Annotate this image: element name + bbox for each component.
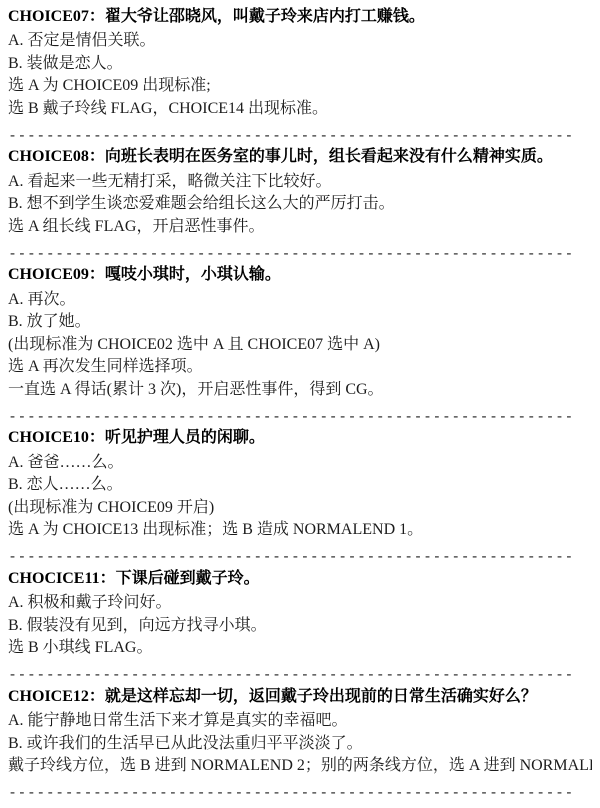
dashed-divider: ----------------------------------------… <box>8 242 592 264</box>
outcome-note: 戴子玲线方位，选 B 进到 NORMALEND 2；别的两条线方位，选 A 进到… <box>8 755 592 777</box>
section-heading: CHOICE07：翟大爷让邵晓风，叫戴子玲来店内打工赚钱。 <box>8 6 592 28</box>
choice09-section: CHOICE09：嘎吱小琪时，小琪认输。 A. 再次。 B. 放了她。 (出现标… <box>8 264 592 427</box>
option-a: A. 爸爸……么。 <box>8 452 592 474</box>
section-heading: CHOICE08：向班长表明在医务室的事儿时，组长看起来没有什么精神实质。 <box>8 146 592 168</box>
option-a: A. 能宁静地日常生活下来才算是真实的幸福吧。 <box>8 710 592 732</box>
choice10-section: CHOICE10：听见护理人员的闲聊。 A. 爸爸……么。 B. 恋人……么。 … <box>8 427 592 567</box>
section-heading: CHOICE09：嘎吱小琪时，小琪认输。 <box>8 264 592 286</box>
option-b: B. 或许我们的生活早已从此没法重归平平淡淡了。 <box>8 733 592 755</box>
option-b: B. 放了她。 <box>8 311 592 333</box>
outcome-note: 选 B 戴子玲线 FLAG，CHOICE14 出现标准。 <box>8 98 592 120</box>
dashed-divider: ----------------------------------------… <box>8 124 592 146</box>
outcome-note: 选 A 再次发生同样选择项。 <box>8 356 592 378</box>
option-a: A. 再次。 <box>8 289 592 311</box>
option-a: A. 看起来一些无精打采，略微关注下比较好。 <box>8 171 592 193</box>
option-a: A. 积极和戴子玲问好。 <box>8 592 592 614</box>
choice12-section: CHOICE12：就是这样忘却一切，返回戴子玲出现前的日常生活确实好么？ A. … <box>8 686 592 804</box>
dashed-divider: ----------------------------------------… <box>8 663 592 685</box>
option-b: B. 装做是恋人。 <box>8 53 592 75</box>
outcome-note: 选 A 组长线 FLAG，开启恶性事件。 <box>8 216 592 238</box>
choice07-section: CHOICE07：翟大爷让邵晓风，叫戴子玲来店内打工赚钱。 A. 否定是情侣关联… <box>8 6 592 146</box>
dashed-divider: ----------------------------------------… <box>8 545 592 567</box>
outcome-note: 选 A 为 CHOICE13 出现标准；选 B 造成 NORMALEND 1。 <box>8 519 592 541</box>
option-a: A. 否定是情侣关联。 <box>8 30 592 52</box>
option-b: B. 想不到学生谈恋爱难题会给组长这么大的严厉打击。 <box>8 193 592 215</box>
section-heading: CHOICE10：听见护理人员的闲聊。 <box>8 427 592 449</box>
chocice11-section: CHOCICE11：下课后碰到戴子玲。 A. 积极和戴子玲问好。 B. 假装没有… <box>8 568 592 686</box>
section-heading: CHOICE12：就是这样忘却一切，返回戴子玲出现前的日常生活确实好么？ <box>8 686 592 708</box>
dashed-divider: ----------------------------------------… <box>8 781 592 803</box>
outcome-note: 一直选 A 得话(累计 3 次)，开启恶性事件，得到 CG。 <box>8 379 592 401</box>
option-b: B. 恋人……么。 <box>8 474 592 496</box>
guide-document: CHOICE07：翟大爷让邵晓风，叫戴子玲来店内打工赚钱。 A. 否定是情侣关联… <box>0 0 600 804</box>
dashed-divider: ----------------------------------------… <box>8 405 592 427</box>
outcome-note: 选 B 小琪线 FLAG。 <box>8 637 592 659</box>
section-heading: CHOCICE11：下课后碰到戴子玲。 <box>8 568 592 590</box>
option-b: B. 假装没有见到，向远方找寻小琪。 <box>8 615 592 637</box>
condition-note: (出现标准为 CHOICE09 开启) <box>8 497 592 519</box>
condition-note: (出现标准为 CHOICE02 选中 A 且 CHOICE07 选中 A) <box>8 334 592 356</box>
outcome-note: 选 A 为 CHOICE09 出现标准; <box>8 75 592 97</box>
choice08-section: CHOICE08：向班长表明在医务室的事儿时，组长看起来没有什么精神实质。 A.… <box>8 146 592 264</box>
